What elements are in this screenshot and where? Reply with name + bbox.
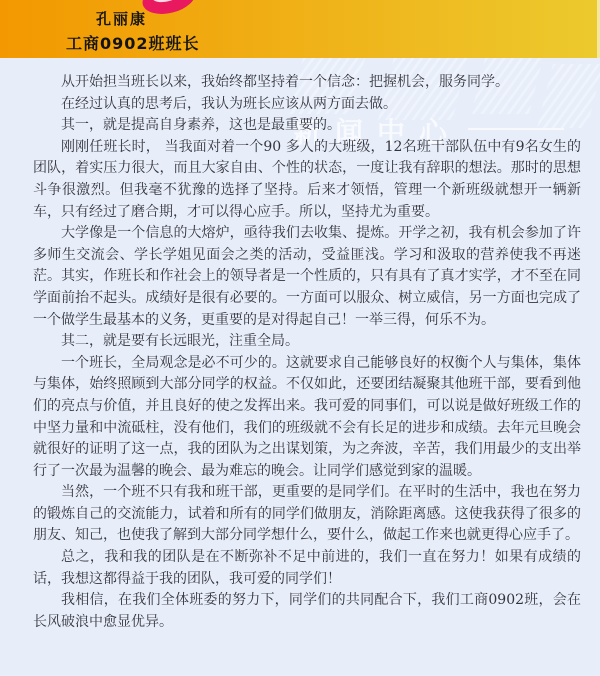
essay-paragraph: 从开始担当班长以来，我始终都坚持着一个信念：把握机会，服务同学。: [33, 72, 581, 94]
essay-paragraph: 一个班长，全局观念是必不可少的。这就要求自己能够良好的权衡个人与集体，集体与集体…: [33, 353, 581, 483]
essay-paragraph: 总之，我和我的团队是在不断弥补不足中前进的，我们一直在努力！如果有成绩的话，我想…: [33, 547, 581, 590]
essay-paragraph: 其二，就是要有长远眼光，注重全局。: [33, 331, 581, 353]
heart-logo-highlight: [151, 0, 183, 5]
page: 孔丽康 工商0902班班长 新闻中心 从开始担当班长以来，我始终都坚持着一个信念…: [0, 0, 600, 676]
student-role: 工商0902班班长: [66, 31, 200, 54]
essay-paragraph: 在经过认真的思考后，我认为班长应该从两方面去做。: [33, 94, 581, 116]
essay-paragraph: 其一，就是提高自身素养，这也是最重要的。: [33, 115, 581, 137]
student-name: 孔丽康: [96, 8, 147, 29]
essay-paragraph: 当然，一个班不只有我和班干部，更重要的是同学们。在平时的生活中，我也在努力的锻炼…: [33, 482, 581, 547]
essay-paragraph: 我相信，在我们全体班委的努力下，同学们的共同配合下，我们工商0902班，会在长风…: [33, 590, 581, 633]
essay-paragraph: 大学像是一个信息的大熔炉，亟待我们去收集、提炼。开学之初，我有机会参加了许多师生…: [33, 223, 581, 331]
essay-paragraph: 刚刚任班长时， 当我面对着一个90 多人的大班级，12名班干部队伍中有9名女生的…: [33, 137, 581, 223]
header-banner: 孔丽康 工商0902班班长: [0, 0, 600, 58]
essay-panel: 新闻中心 从开始担当班长以来，我始终都坚持着一个信念：把握机会，服务同学。在经过…: [0, 58, 600, 676]
essay-content: 从开始担当班长以来，我始终都坚持着一个信念：把握机会，服务同学。在经过认真的思考…: [33, 72, 581, 633]
heart-logo-icon: [139, 0, 199, 19]
